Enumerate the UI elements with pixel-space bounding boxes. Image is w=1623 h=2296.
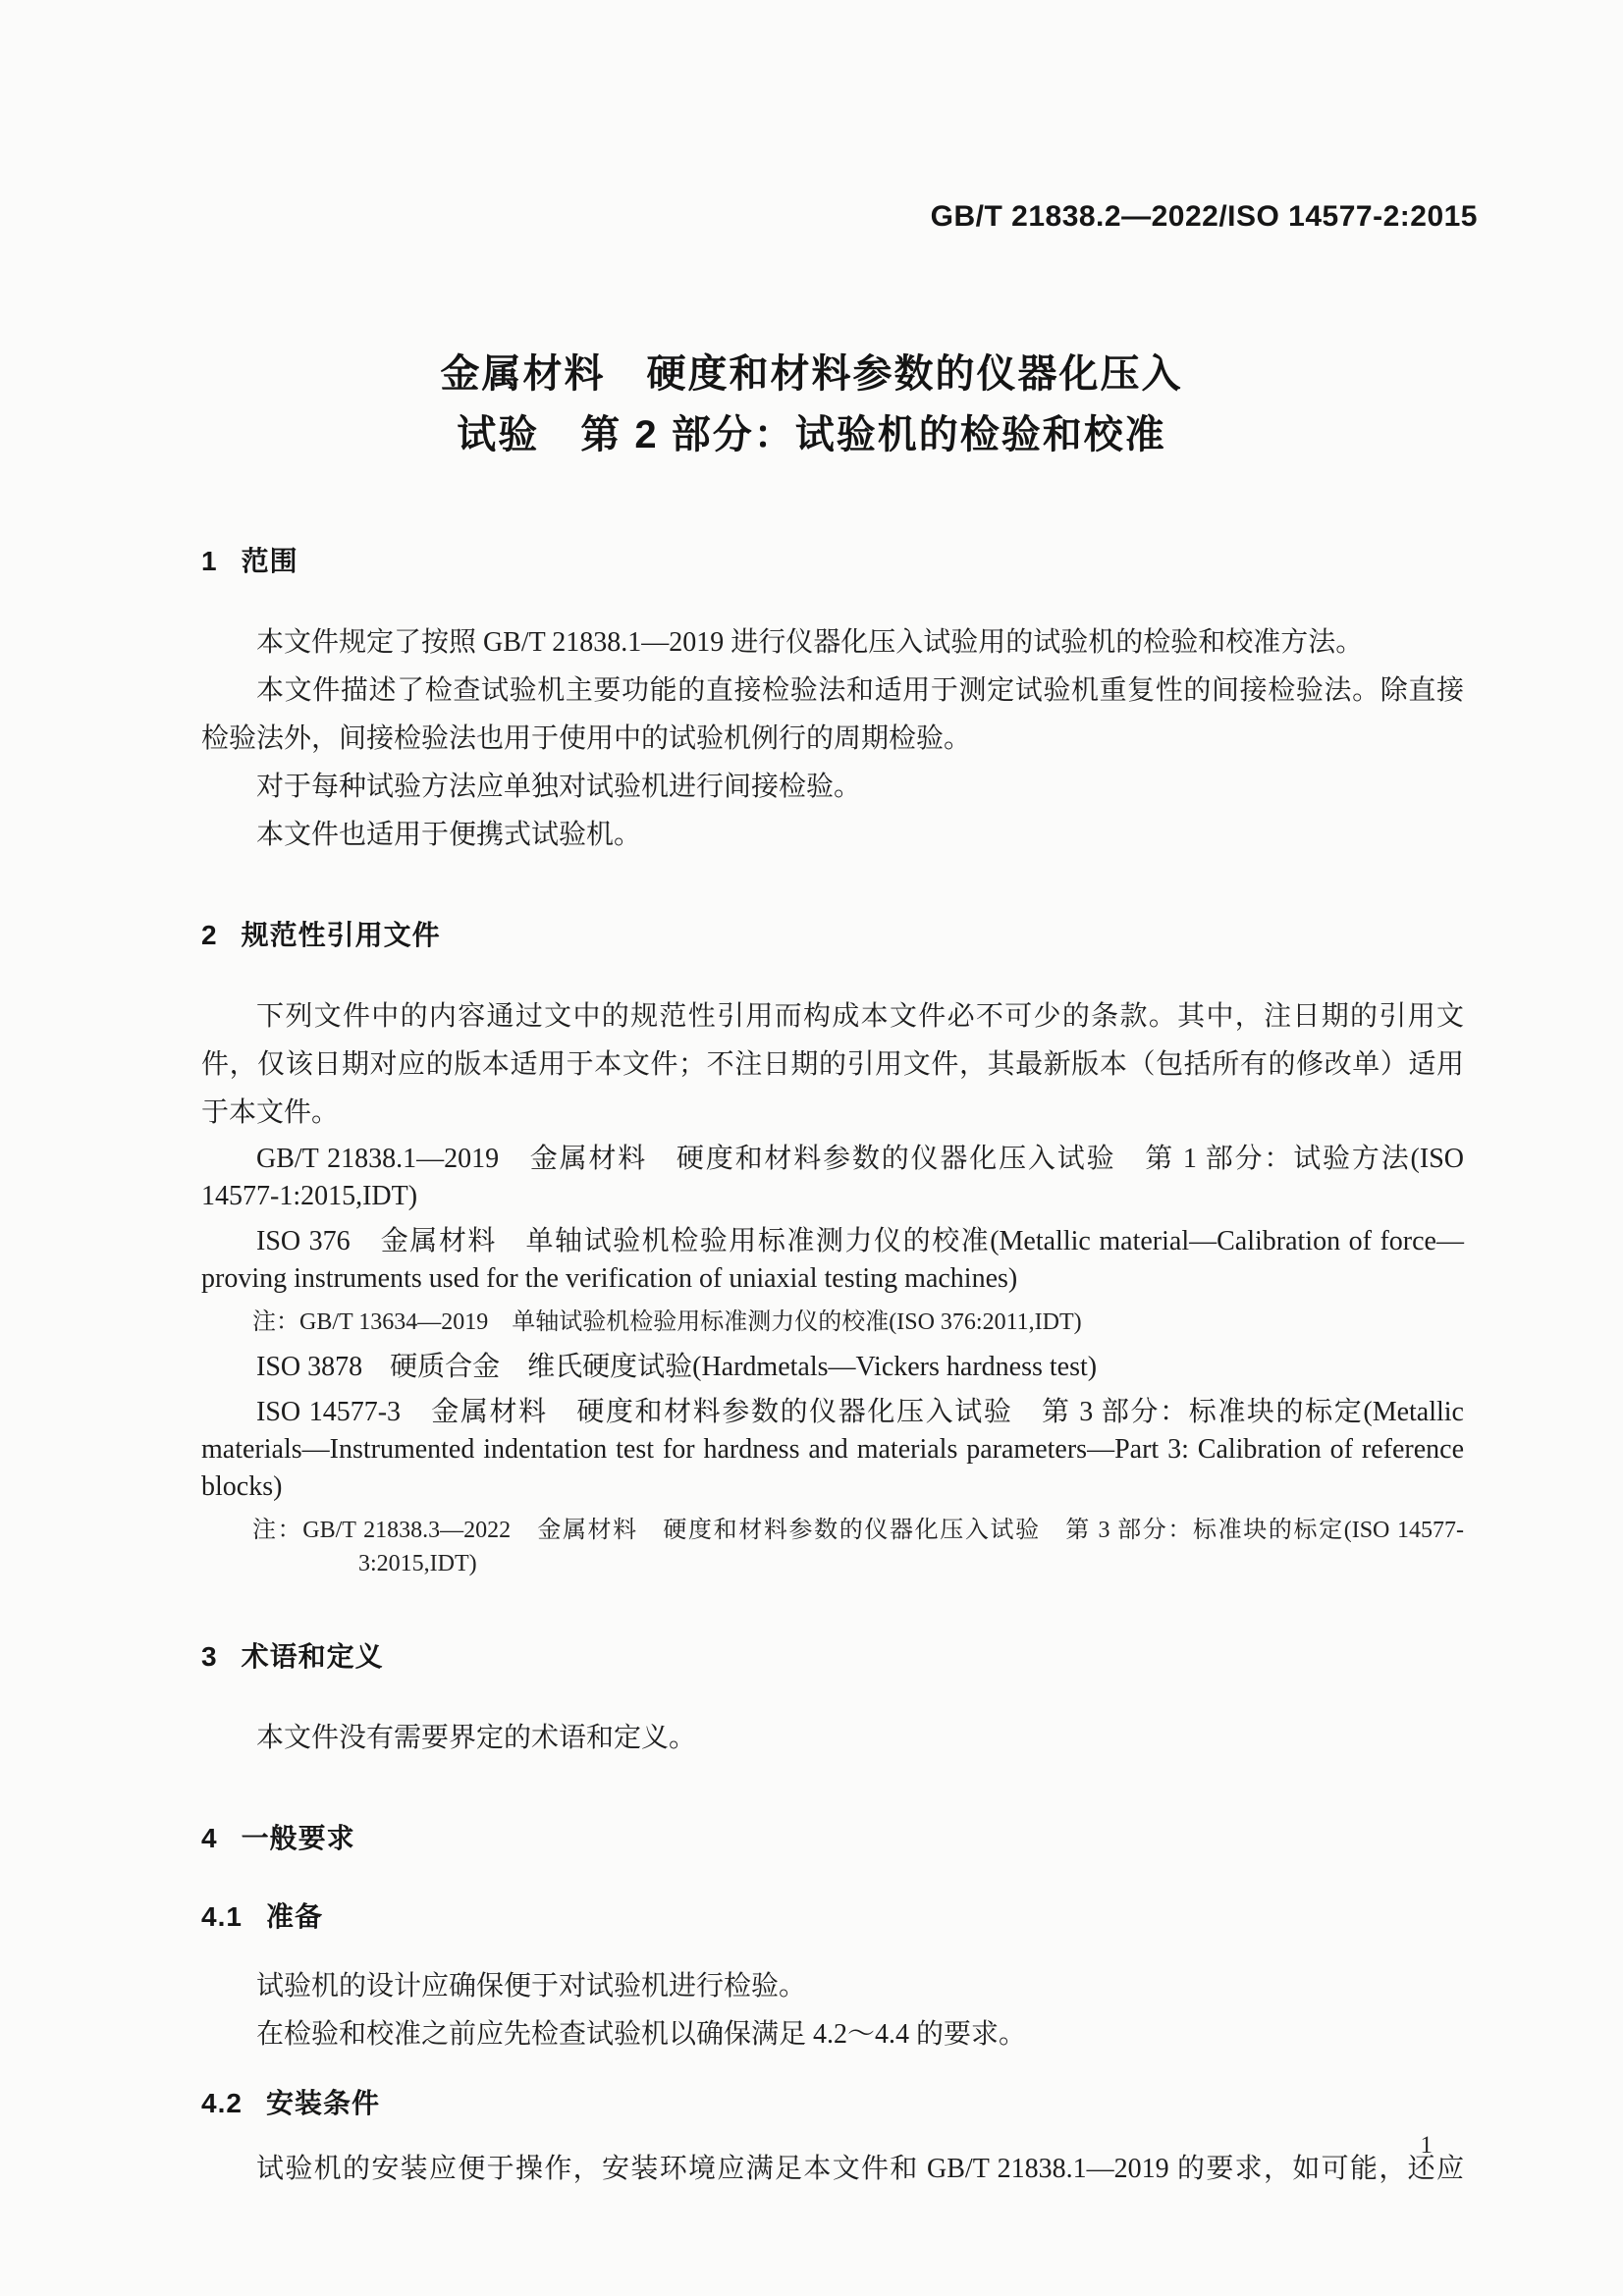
reference-entry: GB/T 21838.1—2019 金属材料 硬度和材料参数的仪器化压入试验 第… bbox=[201, 1141, 1464, 1215]
section-title: 规范性引用文件 bbox=[242, 920, 441, 950]
subsection-number: 4.1 bbox=[201, 1901, 243, 1933]
note-entry: 注：GB/T 13634—2019 单轴试验机检验用标准测力仪的校准(ISO 3… bbox=[252, 1306, 1464, 1339]
paragraph: 试验机的安装应便于操作，安装环境应满足本文件和 GB/T 21838.1—201… bbox=[201, 2145, 1464, 2193]
section-title: 术语和定义 bbox=[242, 1641, 384, 1672]
section-number: 1 bbox=[201, 546, 218, 577]
section-title: 范围 bbox=[242, 546, 298, 576]
reference-entry: ISO 376 金属材料 单轴试验机检验用标准测力仪的校准(Metallic m… bbox=[201, 1223, 1464, 1298]
section-4-heading: 4一般要求 bbox=[201, 1817, 1464, 1856]
document-title: 金属材料 硬度和材料参数的仪器化压入 试验 第 2 部分：试验机的检验和校准 bbox=[0, 344, 1623, 465]
document-page: GB/T 21838.2—2022/ISO 14577-2:2015 金属材料 … bbox=[0, 0, 1623, 2296]
section-number: 4 bbox=[201, 1823, 218, 1854]
title-line-2: 试验 第 2 部分：试验机的检验和校准 bbox=[0, 404, 1623, 465]
subsection-number: 4.2 bbox=[201, 2088, 243, 2119]
note-entry: 注：GB/T 21838.3—2022 金属材料 硬度和材料参数的仪器化压入试验… bbox=[252, 1514, 1464, 1580]
subsection-4-2-heading: 4.2安装条件 bbox=[201, 2082, 1464, 2121]
paragraph: 在检验和校准之前应先检查试验机以确保满足 4.2～4.4 的要求。 bbox=[201, 2010, 1464, 2058]
section-1-heading: 1范围 bbox=[201, 540, 1464, 579]
normative-reference-list: GB/T 21838.1—2019 金属材料 硬度和材料参数的仪器化压入试验 第… bbox=[201, 1141, 1464, 1580]
section-3-heading: 3术语和定义 bbox=[201, 1635, 1464, 1675]
paragraph: 本文件描述了检查试验机主要功能的直接检验法和适用于测定试验机重复性的间接检验法。… bbox=[201, 667, 1464, 763]
subsection-title: 安装条件 bbox=[266, 2088, 380, 2118]
section-number: 3 bbox=[201, 1641, 218, 1673]
subsection-title: 准备 bbox=[266, 1901, 323, 1932]
section-number: 2 bbox=[201, 920, 218, 951]
paragraph: 本文件规定了按照 GB/T 21838.1—2019 进行仪器化压入试验用的试验… bbox=[201, 618, 1464, 667]
page-number: 1 bbox=[1421, 2132, 1434, 2160]
section-2-heading: 2规范性引用文件 bbox=[201, 914, 1464, 953]
paragraph: 对于每种试验方法应单独对试验机进行间接检验。 bbox=[201, 763, 1464, 811]
paragraph: 下列文件中的内容通过文中的规范性引用而构成本文件必不可少的条款。其中，注日期的引… bbox=[201, 992, 1464, 1137]
paragraph: 本文件没有需要界定的术语和定义。 bbox=[201, 1714, 1464, 1762]
page-content: 1范围 本文件规定了按照 GB/T 21838.1—2019 进行仪器化压入试验… bbox=[201, 530, 1464, 2193]
subsection-4-1-heading: 4.1准备 bbox=[201, 1896, 1464, 1935]
section-title: 一般要求 bbox=[242, 1823, 355, 1853]
reference-entry: ISO 3878 硬质合金 维氏硬度试验(Hardmetals—Vickers … bbox=[201, 1349, 1464, 1386]
paragraph: 本文件也适用于便携式试验机。 bbox=[201, 811, 1464, 859]
reference-entry: ISO 14577-3 金属材料 硬度和材料参数的仪器化压入试验 第 3 部分：… bbox=[201, 1394, 1464, 1506]
title-line-1: 金属材料 硬度和材料参数的仪器化压入 bbox=[0, 344, 1623, 404]
doc-number: GB/T 21838.2—2022/ISO 14577-2:2015 bbox=[931, 200, 1478, 234]
paragraph: 试验机的设计应确保便于对试验机进行检验。 bbox=[201, 1962, 1464, 2010]
